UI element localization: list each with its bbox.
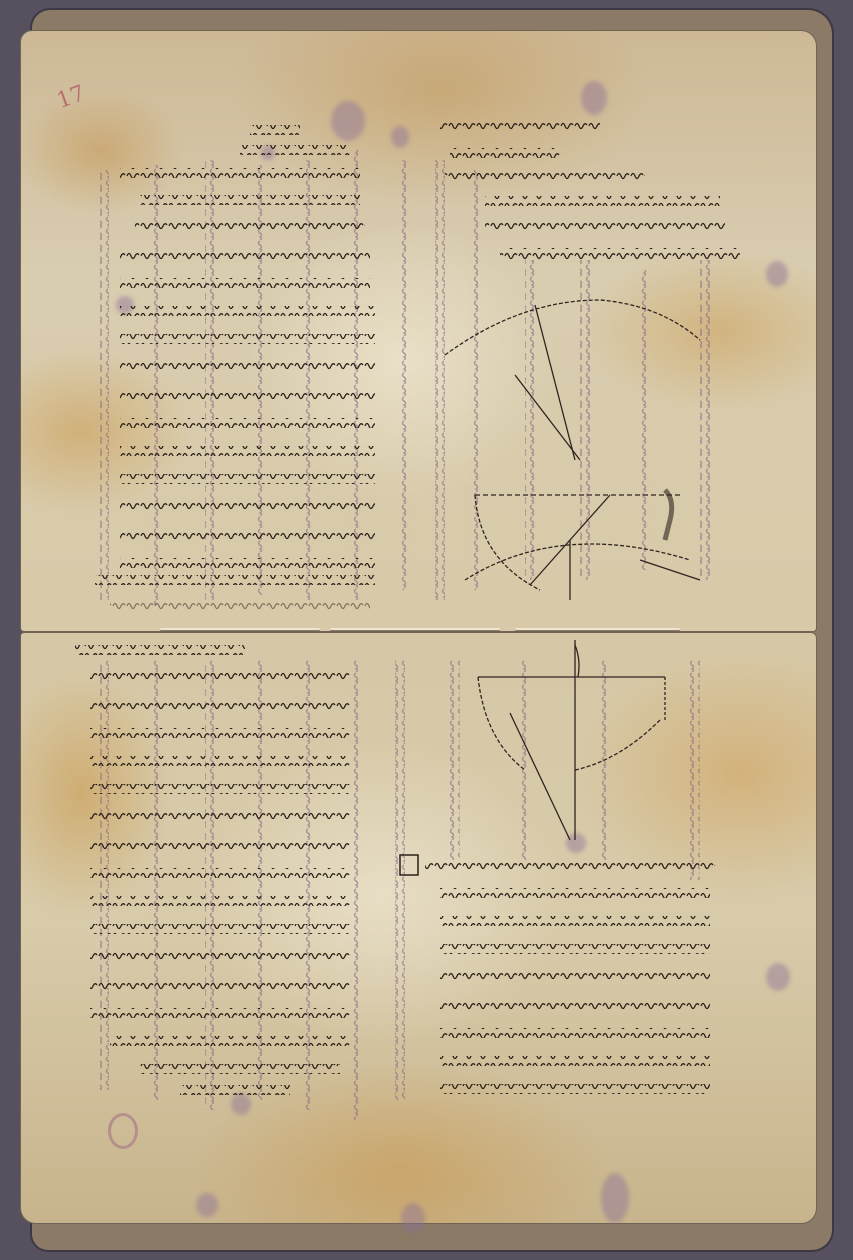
lower-geometric-diagram [478,640,665,840]
overtext-upper-left [95,125,375,610]
overtext-lower-right [400,855,715,1094]
manuscript-photo: 17 [0,0,853,1260]
upper-geometric-diagram [445,300,700,600]
overtext-upper-right [440,122,740,260]
manuscript-ink [0,0,853,1260]
